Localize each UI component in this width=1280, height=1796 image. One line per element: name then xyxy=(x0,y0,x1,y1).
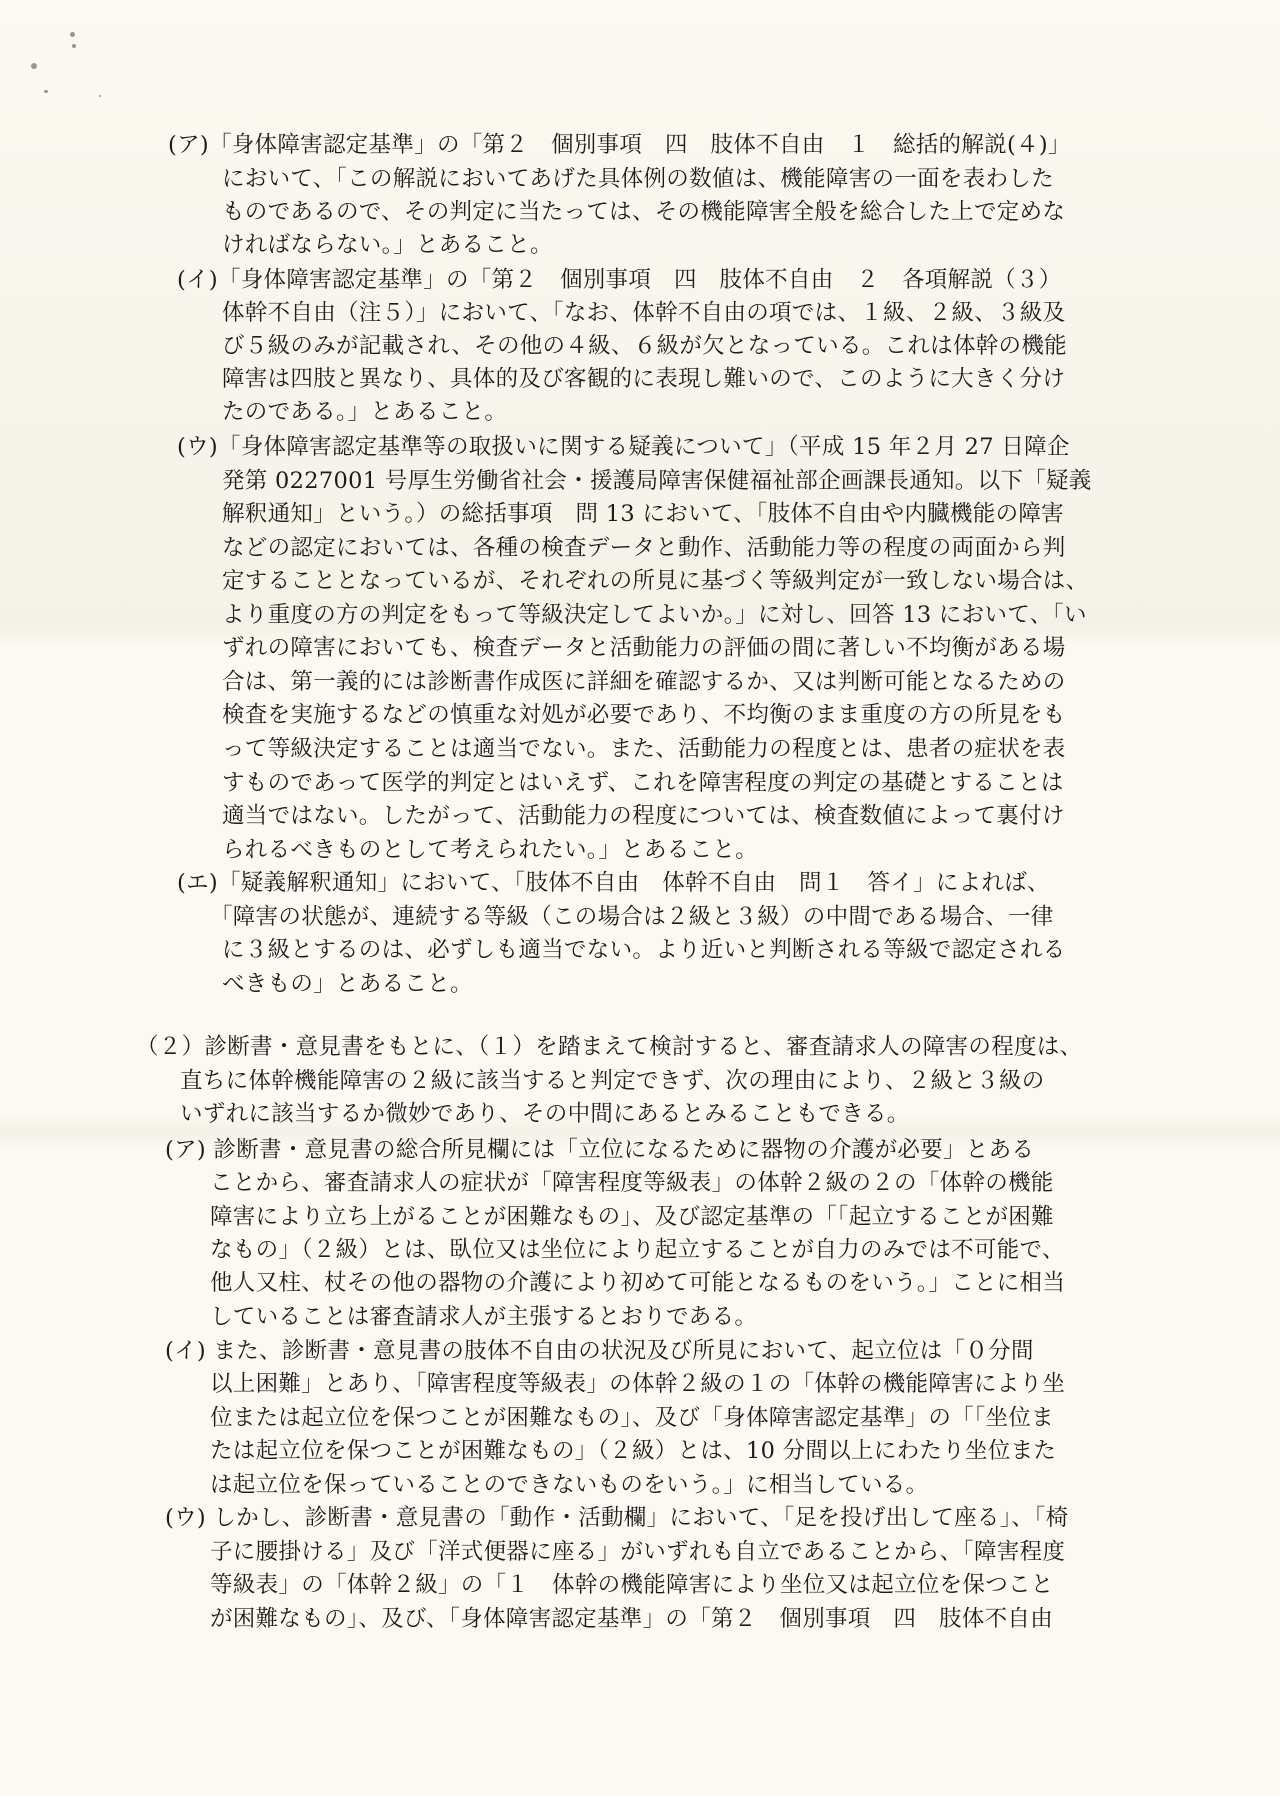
text-line: (ア) 診断書・意見書の総合所見欄には「立位になるために器物の介護が必要」とある xyxy=(165,1135,1034,1165)
text-line: 等級表」の「体幹２級」の「１ 体幹の機能障害により坐位又は起立位を保つこと xyxy=(210,1570,1054,1600)
text-line: 以上困難」とあり、「障害程度等級表」の体幹２級の１の「体幹の機能障害により坐 xyxy=(210,1369,1065,1399)
scan-speck xyxy=(44,90,48,93)
scan-speck xyxy=(31,63,37,69)
text-line: 位または起立位を保つことが困難なもの」、及び「身体障害認定基準」の「「坐位ま xyxy=(210,1403,1054,1433)
text-line: ければならない。」とあること。 xyxy=(222,230,553,260)
text-line: べきもの」とあること。 xyxy=(222,969,473,999)
text-line: などの認定においては、各種の検査データと動作、活動能力等の程度の両面から判 xyxy=(222,533,1066,563)
text-line: (イ) また、診断書・意見書の肢体不自由の状況及び所見において、起立位は「０分間 xyxy=(165,1336,1034,1366)
text-line: 検査を実施するなどの慎重な対処が必要であり、不均衡のまま重度の方の所見をも xyxy=(222,700,1066,730)
text-line: は起立位を保っていることのできないものをいう。」に相当している。 xyxy=(210,1470,928,1500)
text-line: に３級とするのは、必ずしも適当でない。より近いと判断される等級で認定される xyxy=(222,935,1066,965)
text-line: (ウ)「身体障害認定基準等の取扱いに関する疑義について」（平成 15 年２月 2… xyxy=(177,432,1070,462)
text-line: より重度の方の判定をもって等級決定してよいか。」に対し、回答 13 において、「… xyxy=(222,600,1087,630)
text-line: （２）診断書・意見書をもとに、（１）を踏まえて検討すると、審査請求人の障害の程度… xyxy=(136,1032,1082,1062)
text-line: 他人又柱、杖その他の器物の介護により初めて可能となるものをいう。」ことに相当 xyxy=(210,1268,1065,1298)
text-line: ものであるので、その判定に当たっては、その機能障害全般を総合した上で定めな xyxy=(222,197,1065,227)
text-line: において、「この解説においてあげた具体例の数値は、機能障害の一面を表わした xyxy=(222,164,1054,194)
text-line: び５級のみが記載され、その他の４級、６級が欠となっている。これは体幹の機能 xyxy=(222,331,1067,361)
text-line: 障害は四肢と異なり、具体的及び客観的に表現し難いので、このように大きく分け xyxy=(222,364,1065,394)
text-line: なもの」（２級）とは、臥位又は坐位により起立することが自力のみでは不可能で、 xyxy=(210,1235,1065,1265)
text-line: 定することとなっているが、それぞれの所見に基づく等級判定が一致しない場合は、 xyxy=(222,566,1088,596)
scan-speck xyxy=(99,95,101,97)
text-line: (イ)「身体障害認定基準」の「第２ 個別事項 四 肢体不自由 ２ 各項解説（３） xyxy=(177,265,1062,295)
text-line: 発第 0227001 号厚生労働省社会・援護局障害保健福祉部企画課長通知。以下「… xyxy=(222,466,1092,496)
text-line: いずれに該当するか微妙であり、その中間にあるとみることもできる。 xyxy=(180,1099,910,1129)
text-line: が困難なもの」、及び、「身体障害認定基準」の「第２ 個別事項 四 肢体不自由 xyxy=(210,1604,1053,1634)
text-line: していることは審査請求人が主張するとおりである。 xyxy=(210,1302,757,1332)
text-line: って等級決定することは適当でない。また、活動能力の程度とは、患者の症状を表 xyxy=(222,734,1066,764)
text-line: られるべきものとして考えられたい。」とあること。 xyxy=(222,835,758,865)
text-line: すものであって医学的判定とはいえず、これを障害程度の判定の基礎とすることは xyxy=(222,768,1064,798)
text-line: 解釈通知」という。）の総括事項 問 13 において、「肢体不自由や内臓機能の障害 xyxy=(222,499,1064,529)
scan-speck xyxy=(70,32,75,37)
text-line: たは起立位を保つことが困難なもの」（２級）とは、10 分間以上にわたり坐位また xyxy=(210,1436,1056,1466)
text-line: (ウ) しかし、診断書・意見書の「動作・活動欄」において、「足を投げ出して座る」… xyxy=(165,1503,1068,1533)
text-line: 「障害の状態が、連続する等級（この場合は２級と３級）の中間である場合、一律 xyxy=(210,902,1054,932)
text-line: 障害により立ち上がることが困難なもの」、及び認定基準の「「起立することが困難 xyxy=(210,1202,1054,1232)
scanned-page: (ア)「身体障害認定基準」の「第２ 個別事項 四 肢体不自由 １ 総括的解説(４… xyxy=(0,0,1280,1796)
text-line: ことから、審査請求人の症状が「障害程度等級表」の体幹２級の２の「体幹の機能 xyxy=(210,1168,1054,1198)
scan-speck xyxy=(72,44,76,48)
text-line: (エ)「疑義解釈通知」において、「肢体不自由 体幹不自由 問１ 答イ」によれば、 xyxy=(177,868,1050,898)
text-line: 子に腰掛ける」及び「洋式便器に座る」がいずれも自立であることから、「障害程度 xyxy=(210,1537,1065,1567)
text-line: ずれの障害においても、検査データと活動能力の評価の間に著しい不均衡がある場 xyxy=(222,633,1066,663)
text-line: (ア)「身体障害認定基準」の「第２ 個別事項 四 肢体不自由 １ 総括的解説(４… xyxy=(168,130,1071,160)
text-line: 合は、第一義的には診断書作成医に詳細を確認するか、又は判断可能となるための xyxy=(222,667,1066,697)
text-line: 体幹不自由（注５）」において、「なお、体幹不自由の項では、１級、２級、３級及 xyxy=(222,298,1065,328)
text-line: 適当ではない。したがって、活動能力の程度については、検査数値によって裏付け xyxy=(222,801,1065,831)
text-line: たのである。」とあること。 xyxy=(222,397,507,427)
text-line: 直ちに体幹機能障害の２級に該当すると判定できず、次の理由により、２級と３級の xyxy=(180,1066,1045,1096)
